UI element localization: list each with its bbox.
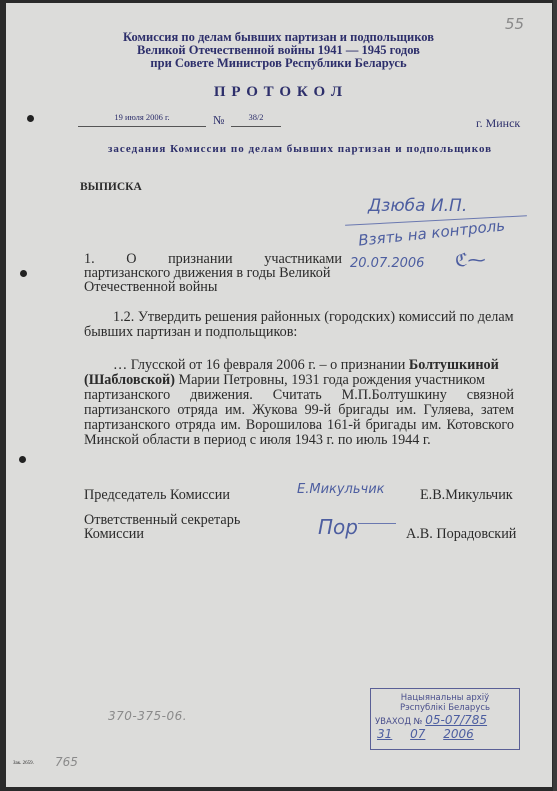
- decision-line2: (Шабловской) Марии Петровны, 1931 года р…: [84, 373, 485, 388]
- date-field: 19 июля 2006 г.: [78, 112, 206, 127]
- pencil-sheet-range: 370-375-06.: [108, 709, 187, 723]
- secretary-signature: Пор: [318, 515, 358, 539]
- handwritten-resolution-date: 20.07.2006: [350, 256, 424, 271]
- stamp-line1: Нацыянальны архіў: [371, 693, 519, 703]
- header-line-3: при Совете Министров Республики Беларусь: [0, 57, 557, 70]
- stamp-line2: Рэспублікі Беларусь: [371, 703, 519, 713]
- protocol-number: 38/2: [231, 112, 281, 127]
- chairman-role: Председатель Комиссии: [84, 488, 230, 503]
- item1-line3: Отечественной войны: [84, 280, 217, 295]
- secretary-signature-stroke: [358, 523, 396, 524]
- decision-line4: партизанского отряда им. Жукова 99-й бри…: [84, 403, 514, 418]
- section-label: ВЫПИСКА: [80, 181, 142, 193]
- stamp-day: 31: [377, 727, 392, 741]
- punch-hole: [19, 456, 26, 463]
- punch-hole: [27, 115, 34, 122]
- number-label: №: [213, 113, 224, 128]
- subtitle: заседания Комиссии по делам бывших парти…: [108, 143, 492, 155]
- decision-line3: партизанского движения. Считать М.П.Болт…: [84, 388, 514, 403]
- stamp-line3: УВАХОД № 05-07/785: [375, 713, 519, 727]
- handwritten-signature-mark: ℭ⁓: [455, 250, 486, 271]
- item1-2-line1: 1.2. Утвердить решения районных (городск…: [113, 310, 514, 325]
- item1-2-line2: бывших партизан и подпольщиков:: [84, 325, 297, 340]
- stamp-month: 07: [410, 727, 425, 741]
- decision-line5: партизанского отряда им. Ворошилова 161-…: [84, 418, 514, 433]
- decision-line6: Минской области в период с июля 1943 г. …: [84, 433, 431, 448]
- decision-line2-rest: Марии Петровны, 1931 года рождения участ…: [175, 372, 485, 388]
- document-title: П Р О Т О К О Л: [0, 84, 557, 101]
- decision-surname: Болтушкиной: [409, 357, 499, 373]
- punch-hole: [20, 270, 27, 277]
- stamp-line4: 31 07 2006: [377, 727, 519, 741]
- sheet-number: 765: [55, 755, 78, 769]
- secretary-name: А.В. Порадовский: [406, 527, 516, 542]
- chairman-name: Е.В.Микульчик: [420, 488, 513, 503]
- handwritten-resolution-name: Дзюба И.П.: [368, 196, 467, 216]
- stamp-entry-number: 05-07/785: [425, 713, 487, 727]
- print-order-code: Зак. 2659.: [13, 761, 34, 766]
- chairman-signature: Е.Микульчик: [297, 482, 385, 497]
- secretary-role-line2: Комиссии: [84, 527, 144, 542]
- decision-intro: … Глусской от 16 февраля 2006 г. – о при…: [113, 357, 409, 373]
- stamp-year: 2006: [443, 727, 474, 741]
- archive-stamp: Нацыянальны архіў Рэспублікі Беларусь УВ…: [370, 688, 520, 750]
- decision-maiden-name: (Шабловской): [84, 372, 175, 388]
- scan-edge: [553, 0, 557, 791]
- city: г. Минск: [476, 116, 520, 131]
- decision-line1: … Глусской от 16 февраля 2006 г. – о при…: [113, 358, 499, 373]
- stamp-entry-label: УВАХОД №: [375, 717, 423, 727]
